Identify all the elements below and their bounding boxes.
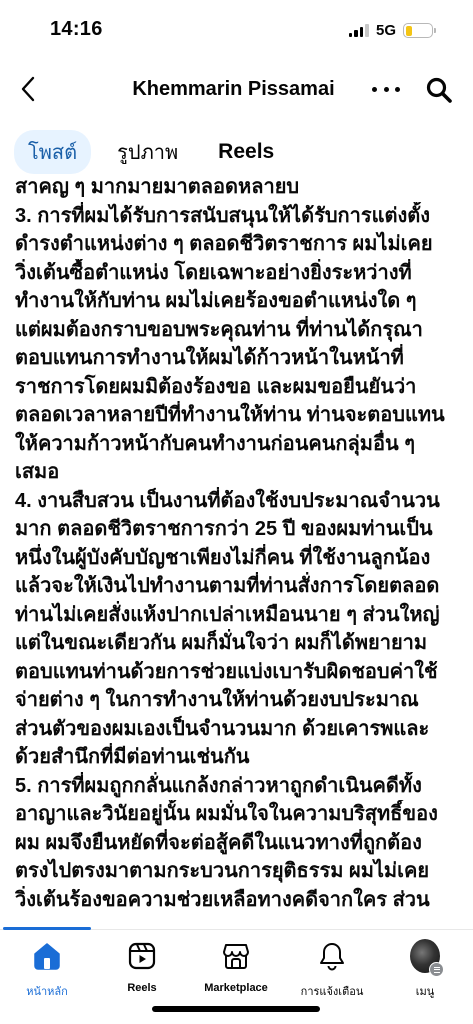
nav-menu-label: เมนู (416, 982, 435, 1000)
ellipsis-icon (372, 87, 400, 92)
post-line: ท่านไม่เคยสั่งแห้งปากเปล่าเหมือนนาย ๆ ส่… (15, 601, 460, 630)
post-line: วิ่งเต้นซื้อตำแหน่ง โดยเฉพาะอย่างยิ่งระห… (15, 259, 460, 288)
signal-icon (349, 24, 369, 37)
post-line: 3. การที่ผมได้รับการสนับสนุนให้ได้รับการ… (15, 202, 460, 231)
nav-marketplace-label: Marketplace (204, 982, 268, 994)
post-line: อาญาและวินัยอยู่นั้น ผมมั่นใจในความบริสุ… (15, 800, 460, 829)
search-button[interactable] (425, 76, 453, 104)
post-line: ตรงไปตรงมาตามกระบวนการยุติธรรม ผมไม่เคย (15, 857, 460, 886)
post-line: 5. การที่ผมถูกกลั่นแกล้งกล่าวหาถูกดำเนิน… (15, 772, 460, 801)
home-indicator[interactable] (152, 1006, 320, 1012)
nav-notifications-label: การแจ้งเตือน (301, 982, 364, 1000)
tab-reels[interactable]: Reels (204, 134, 288, 170)
nav-notifications[interactable]: การแจ้งเตือน (282, 940, 382, 1000)
network-type: 5G (376, 22, 396, 39)
active-tab-indicator (3, 927, 91, 930)
post-line: แต่ในขณะเดียวกัน ผมก็มั่นใจว่า ผมก็ได้พย… (15, 629, 460, 658)
post-line: มาก ตลอดชีวิตราชการกว่า 25 ปี ของผมท่านเ… (15, 515, 460, 544)
post-text: สาคญ ๆ มากมายมาตลอดหลายบ 3. การที่ผมได้ร… (15, 173, 460, 914)
nav-home-label: หน้าหลัก (26, 982, 68, 1000)
post-line: ราชการโดยผมมิต้องร้องขอ และผมขอยืนยันว่า (15, 373, 460, 402)
status-bar: 14:16 5G (0, 0, 473, 62)
battery-icon (403, 23, 433, 38)
post-line: วิ่งเต้นร้องขอความช่วยเหลือทางคดีจากใคร … (15, 886, 460, 915)
more-options-button[interactable] (372, 78, 400, 100)
post-line: ด้วยสำนึกที่มีต่อท่านเช่นกัน (15, 743, 460, 772)
avatar (410, 939, 440, 973)
search-icon (425, 76, 453, 104)
post-line: ส่วนตัวของผมเองเป็นจำนวนมาก ด้วยเคารพและ (15, 715, 460, 744)
post-line: ตอบแทนท่านด้วยการช่วยแบ่งเบารับผิดชอบค่า… (15, 658, 460, 687)
marketplace-icon (222, 942, 250, 970)
bell-icon (318, 941, 346, 971)
nav-menu[interactable]: เมนู (375, 940, 473, 1000)
post-line: สาคญ ๆ มากมายมาตลอดหลายบ (15, 173, 460, 202)
post-line: ตอบแทนการทำงานให้ผมได้ก้าวหน้าในหน้าที่ (15, 344, 460, 373)
status-time: 14:16 (50, 18, 103, 41)
nav-marketplace[interactable]: Marketplace (186, 940, 286, 994)
post-line: ให้ความก้าวหน้ากับคนทำงานก่อนคนกลุ่มอื่น… (15, 430, 460, 459)
tab-posts[interactable]: โพสต์ (14, 130, 91, 174)
post-line: 4. งานสืบสวน เป็นงานที่ต้องใช้งบประมาณจำ… (15, 487, 460, 516)
post-line: แต่ผมต้องกราบขอบพระคุณท่าน ที่ท่านได้กรุ… (15, 316, 460, 345)
post-line: จ่ายต่าง ๆ ในการทำงานให้ท่านด้วยงบประมาณ (15, 686, 460, 715)
post-line: ดำรงตำแหน่งต่าง ๆ ตลอดชีวิตราชการ ผมไม่เ… (15, 230, 460, 259)
nav-reels-label: Reels (127, 982, 156, 994)
reels-icon (128, 942, 156, 970)
nav-home[interactable]: หน้าหลัก (0, 940, 97, 1000)
status-indicators: 5G (349, 22, 433, 39)
profile-header: Khemmarin Pissamai (0, 62, 473, 118)
profile-tabs: โพสต์ รูปภาพ Reels (14, 132, 300, 172)
menu-icon (429, 962, 444, 977)
nav-reels[interactable]: Reels (92, 940, 192, 994)
post-line: ทำงานให้กับท่าน ผมไม่เคยร้องขอตำแหน่งใด … (15, 287, 460, 316)
page-title: Khemmarin Pissamai (0, 78, 473, 101)
post-line: แล้วจะให้เงินไปทำงานตามที่ท่านสั่งการโดย… (15, 572, 460, 601)
post-line: ตลอดเวลาหลายปีที่ทำงานให้ท่าน ท่านจะตอบแ… (15, 401, 460, 430)
post-line: เสมอ (15, 458, 460, 487)
home-icon (33, 942, 61, 970)
post-line: ผม ผมจึงยืนหยัดที่จะต่อสู้คดีในแนวทางที่… (15, 829, 460, 858)
post-line: หนึ่งในผู้บังคับบัญชาเพียงไม่กี่คน ที่ใช… (15, 544, 460, 573)
tab-photos[interactable]: รูปภาพ (103, 130, 192, 174)
